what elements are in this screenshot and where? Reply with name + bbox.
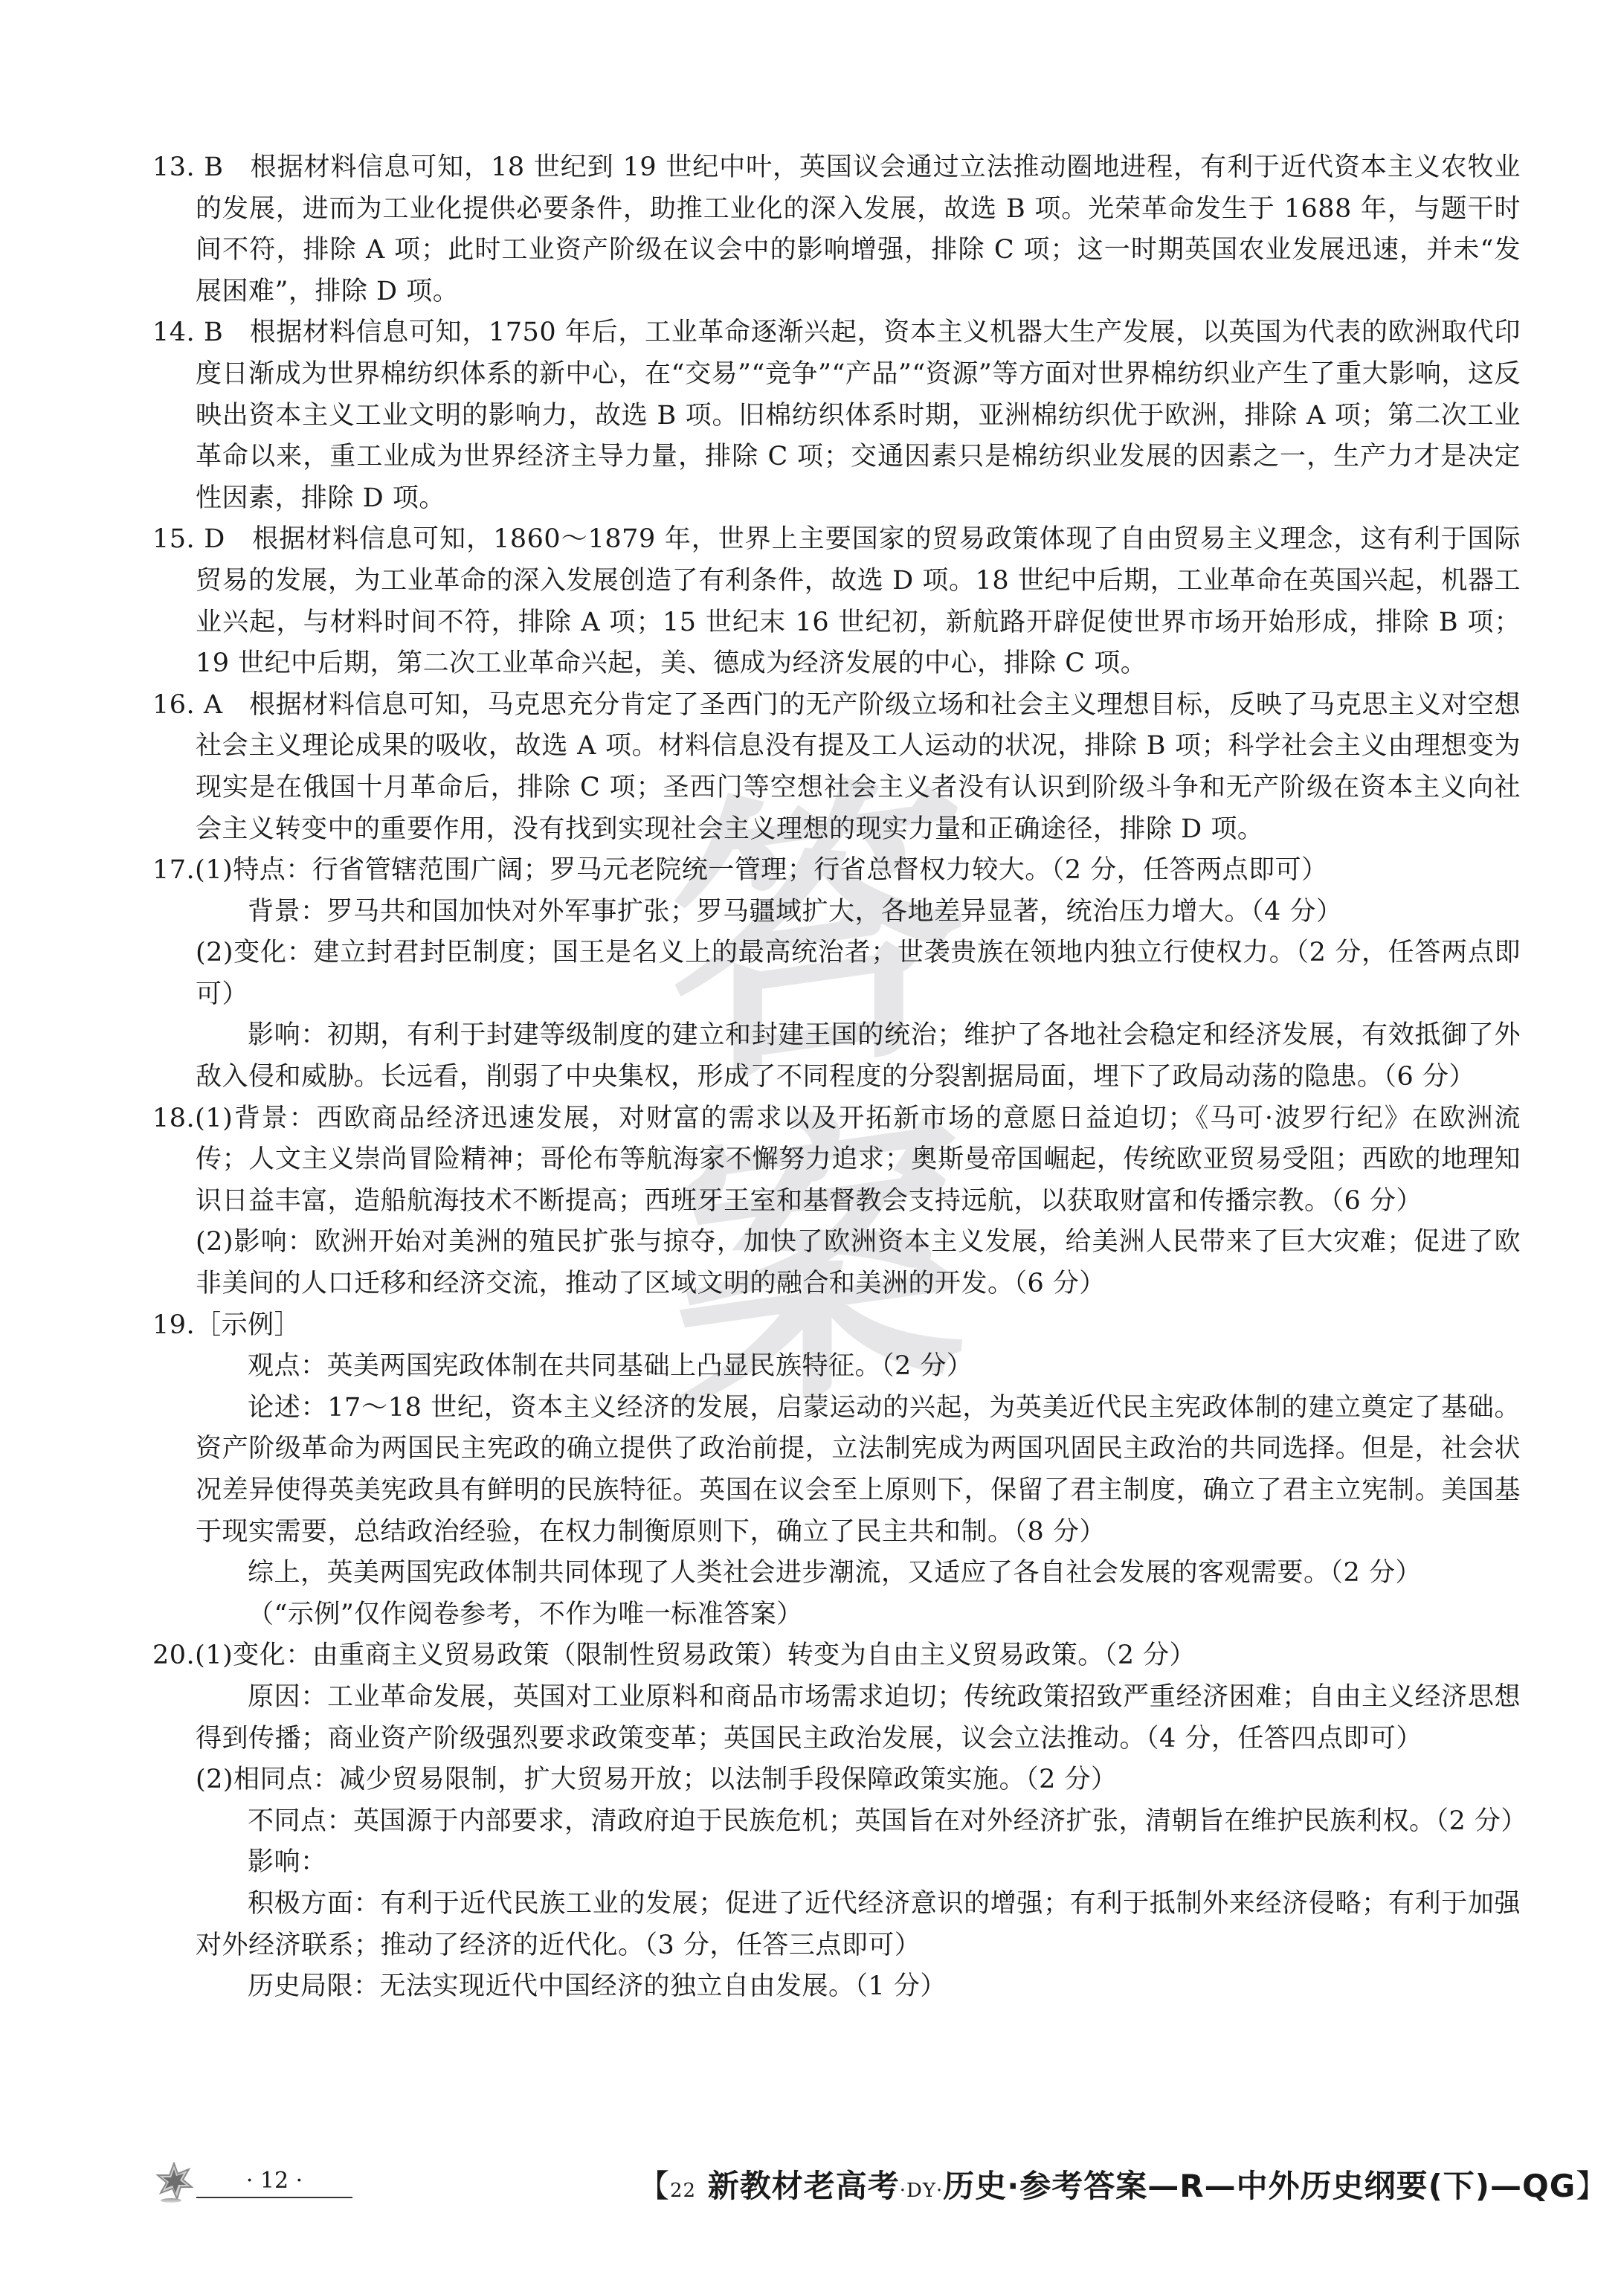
q18-impact: (2)影响：欧洲开始对美洲的殖民扩张与掠夺，加快了欧洲资本主义发展，给美洲人民带… xyxy=(152,1222,1521,1304)
bracket-close: 】 xyxy=(1576,2168,1608,2204)
q17-background: 背景：罗马共和国加快对外军事扩张；罗马疆域扩大，各地差异显著，统治压力增大。（4… xyxy=(152,892,1521,933)
answer-text: 根据材料信息可知，马克思充分肯定了圣西门的无产阶级立场和社会主义理想目标，反映了… xyxy=(196,690,1521,844)
q20-reason: 原因：工业革命发展，英国对工业原料和商品市场需求迫切；传统政策招致严重经济困难；… xyxy=(152,1677,1521,1759)
document-title: 【22 新教材老高考·DY·历史·参考答案—R—中外历史纲要(下)—QG】 xyxy=(638,2162,1608,2206)
subject-label: 历史·参考答案—R—中外历史纲要(下)—QG xyxy=(943,2168,1576,2204)
q20-change: (1)变化：由重商主义贸易政策（限制性贸易政策）转变为自由主义贸易政策。（2 分… xyxy=(195,1640,1196,1670)
q19-viewpoint: 观点：英美两国宪政体制在共同基础上凸显民族特征。（2 分） xyxy=(152,1346,1521,1388)
answer-label: 13. B xyxy=(152,152,223,182)
answer-16: 16. A 根据材料信息可知，马克思充分肯定了圣西门的无产阶级立场和社会主义理想… xyxy=(152,685,1521,850)
answer-content: 13. B 根据材料信息可知，18 世纪到 19 世纪中叶，英国议会通过立法推动… xyxy=(152,147,1521,2008)
answer-label: 16. A xyxy=(152,690,223,720)
q17-change: (2)变化：建立封君封臣制度；国王是名义上的最高统治者；世袭贵族在领地内独立行使… xyxy=(152,933,1521,1015)
q17-feature: (1)特点：行省管辖范围广阔；罗马元老院统一管理；行省总督权力较大。（2 分，任… xyxy=(195,855,1327,885)
code-label: ·DY· xyxy=(900,2180,944,2202)
q18-background: (1)背景：西欧商品经济迅速发展，对财富的需求以及开拓新市场的意愿日益迫切；《马… xyxy=(195,1104,1521,1216)
q20-diff: 不同点：英国源于内部要求，清政府迫于民族危机；英国旨在对外经济扩张，清朝旨在维护… xyxy=(152,1801,1521,1843)
answer-14: 14. B 根据材料信息可知，1750 年后，工业革命逐渐兴起，资本主义机器大生… xyxy=(152,312,1521,519)
year-label: 22 xyxy=(670,2180,696,2202)
q19-conclusion: 综上，英美两国宪政体制共同体现了人类社会进步潮流，又适应了各自社会发展的客观需要… xyxy=(152,1553,1521,1594)
q20-same: (2)相同点：减少贸易限制，扩大贸易开放；以法制手段保障政策实施。（2 分） xyxy=(152,1759,1521,1801)
answer-17: 17.(1)特点：行省管辖范围广阔；罗马元老院统一管理；行省总督权力较大。（2 … xyxy=(152,850,1521,892)
page-footer: · 12 · 【22 新教材老高考·DY·历史·参考答案—R—中外历史纲要(下)… xyxy=(0,2160,1624,2227)
answer-19-label: 19.［示例］ xyxy=(152,1305,1521,1347)
answer-18: 18.(1)背景：西欧商品经济迅速发展，对财富的需求以及开拓新市场的意愿日益迫切… xyxy=(152,1098,1521,1223)
answer-13: 13. B 根据材料信息可知，18 世纪到 19 世纪中叶，英国议会通过立法推动… xyxy=(152,147,1521,312)
q19-note: （“示例”仅作阅卷参考，不作为唯一标准答案） xyxy=(152,1594,1521,1636)
answer-label: 17. xyxy=(152,855,195,885)
q20-impact-positive: 积极方面：有利于近代民族工业的发展；促进了近代经济意识的增强；有利于抵制外来经济… xyxy=(152,1884,1521,1966)
answer-label: 14. B xyxy=(152,318,223,347)
answer-label: 18. xyxy=(152,1104,195,1133)
answer-text: 根据材料信息可知，1860～1879 年，世界上主要国家的贸易政策体现了自由贸易… xyxy=(196,524,1521,678)
q20-impact-limit: 历史局限：无法实现近代中国经济的独立自由发展。（1 分） xyxy=(152,1966,1521,2008)
answer-label: 15. D xyxy=(152,524,225,554)
star-logo-icon xyxy=(155,2162,193,2203)
bracket-open: 【 xyxy=(638,2168,670,2204)
document-page: 答案 13. B 根据材料信息可知，18 世纪到 19 世纪中叶，英国议会通过立… xyxy=(0,0,1624,2283)
q17-impact: 影响：初期，有利于封建等级制度的建立和封建王国的统治；维护了各地社会稳定和经济发… xyxy=(152,1015,1521,1098)
series-label: 新教材老高考 xyxy=(708,2168,900,2204)
answer-20: 20.(1)变化：由重商主义贸易政策（限制性贸易政策）转变为自由主义贸易政策。（… xyxy=(152,1635,1521,1677)
page-number: · 12 · xyxy=(196,2168,352,2198)
q20-impact-title: 影响： xyxy=(152,1842,1521,1884)
answer-text: 根据材料信息可知，1750 年后，工业革命逐渐兴起，资本主义机器大生产发展，以英… xyxy=(196,318,1521,512)
answer-15: 15. D 根据材料信息可知，1860～1879 年，世界上主要国家的贸易政策体… xyxy=(152,519,1521,684)
answer-text: 根据材料信息可知，18 世纪到 19 世纪中叶，英国议会通过立法推动圈地进程，有… xyxy=(196,152,1521,306)
answer-label: 20. xyxy=(152,1640,195,1670)
q19-argument: 论述：17～18 世纪，资本主义经济的发展，启蒙运动的兴起，为英美近代民主宪政体… xyxy=(152,1388,1521,1553)
